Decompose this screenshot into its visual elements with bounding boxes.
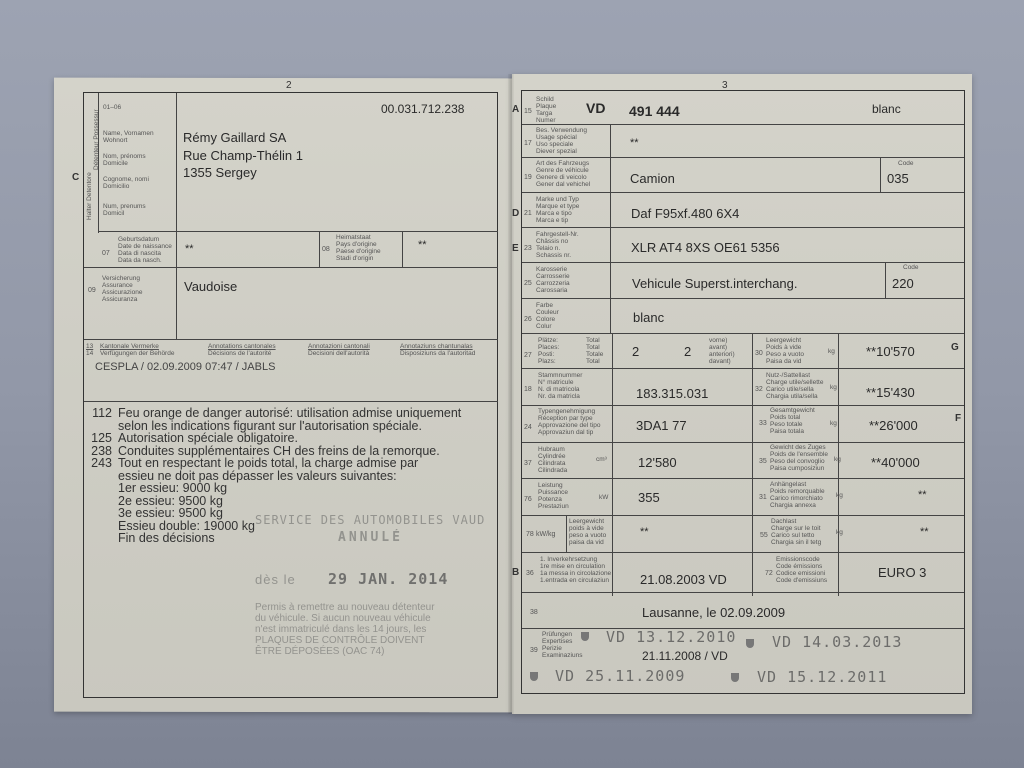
special-use-value: **: [630, 137, 639, 149]
make-model-label: Marke und Typ: [536, 196, 579, 203]
cancel-since-label: dès le: [255, 572, 296, 587]
annotation-header: Decisioni dell'autorità: [308, 350, 369, 357]
seats-total: 2: [632, 344, 639, 359]
seats-label: Posti:: [538, 351, 554, 358]
annotation-header: Décisions de l'autorité: [208, 350, 271, 357]
displacement-value: 12'580: [638, 455, 677, 470]
color-label: Colur: [536, 323, 552, 330]
body-label: Carrosserie: [536, 273, 570, 280]
holder-label: Domicilio: [103, 183, 129, 190]
origin-code: 08: [322, 246, 330, 253]
seats-total-label: Total: [586, 358, 600, 365]
holder-label: Nom, prénoms: [103, 153, 146, 160]
towable-unit: kg: [836, 492, 843, 499]
empty-weight-label: Leergewicht: [766, 337, 801, 344]
payload-label: Nutz-/Sattellast: [766, 372, 810, 379]
train-weight-label: Peso del convoglio: [770, 458, 825, 465]
vehicle-type-code-label: Code: [898, 160, 914, 167]
type-approval-label: Réception par type: [538, 415, 593, 422]
power-label: Leistung: [538, 482, 563, 489]
cancel-note: Permis à remettre au nouveau détenteur d…: [255, 602, 435, 657]
make-model-label: Marca e tipo: [536, 210, 572, 217]
first-registration-label: 1re mise en circulation: [540, 563, 605, 570]
seats-front: 2: [684, 344, 691, 359]
total-weight-unit: kg: [830, 420, 837, 427]
payload-label: Carico utile/sella: [766, 386, 814, 393]
cancel-stamp-header: SERVICE DES AUTOMOBILES VAUD: [255, 513, 485, 527]
insurance-label: Assurance: [102, 282, 133, 289]
seats-front-label: vorne): [709, 337, 727, 344]
total-weight-label: Paisa totala: [770, 428, 804, 435]
origin-label: Heimatstaat: [336, 234, 371, 241]
birthdate-label: Date de naissance: [118, 243, 172, 250]
total-weight-label: Peso totale: [770, 421, 803, 428]
train-weight-value: **40'000: [871, 455, 920, 470]
empty-weight-label: Paisa da vid: [766, 358, 801, 365]
body-value: Vehicule Superst.interchang.: [632, 276, 798, 291]
payload-value: **15'430: [866, 385, 915, 400]
plate-label: Numer: [536, 117, 556, 124]
matricule-code: 18: [524, 386, 532, 393]
body-code-value: 220: [892, 276, 914, 291]
power-ratio-value: **: [640, 526, 649, 538]
total-weight-label: Gesamtgewicht: [770, 407, 815, 414]
color-label: Couleur: [536, 309, 559, 316]
emission-code: 72: [765, 570, 773, 577]
holder-label: Name, Vornamen: [103, 130, 154, 137]
annotation-code: 14: [86, 350, 93, 357]
chassis-code: 23: [524, 245, 532, 252]
holder-name: Rémy Gaillard SA: [183, 130, 286, 145]
empty-weight-label: Poids à vide: [766, 344, 801, 351]
power-label: Puissance: [538, 489, 568, 496]
first-registration-code: 36: [526, 570, 534, 577]
first-registration-label: 1. Inverkehrsetzung: [540, 556, 597, 563]
seats-front-label: davant): [709, 358, 731, 365]
empty-weight-code: 30: [755, 350, 763, 357]
emission-label: Codice emissioni: [776, 570, 825, 577]
total-weight-label: Poids total: [770, 414, 800, 421]
train-weight-label: Gewicht des Zuges: [770, 444, 826, 451]
annotation-entry: CESPLA / 02.09.2009 07:47 / JABLS: [95, 361, 275, 373]
side-letter-f: F: [955, 413, 961, 424]
empty-weight-label: Peso a vuoto: [766, 351, 804, 358]
type-approval-label: Typengenehmigung: [538, 408, 595, 415]
displacement-label: Cilindrata: [538, 460, 565, 467]
color-label: Farbe: [536, 302, 553, 309]
type-approval-value: 3DA1 77: [636, 418, 687, 433]
body-code-label: Code: [903, 264, 919, 271]
vehicle-type-label: Genere di veicolo: [536, 174, 587, 181]
insurance-label: Assicuranza: [102, 296, 137, 303]
inspections-label: Expertises: [542, 638, 572, 645]
body-label: Carrozzeria: [536, 280, 570, 287]
holder-label: Domicil: [103, 210, 124, 217]
roof-load-label: Dachlast: [771, 518, 796, 525]
type-approval-code: 24: [524, 424, 532, 431]
power-ratio-code: 78: [526, 531, 534, 538]
plate-canton: VD: [586, 100, 605, 116]
holder-label: Cognome, nomi: [103, 176, 149, 183]
issue-code: 38: [530, 609, 538, 616]
make-model-label: Marca e tip: [536, 217, 568, 224]
special-use-label: Usage spécial: [536, 134, 577, 141]
special-use-label: Uso speciale: [536, 141, 573, 148]
train-weight-label: Paisa cumposiziun: [770, 465, 824, 472]
side-letter-d: D: [512, 208, 519, 219]
plate-label: Schild: [536, 96, 554, 103]
roof-load-label: Charge sur le toit: [771, 525, 821, 532]
insurance-value: Vaudoise: [184, 279, 237, 294]
payload-label: Chargia utila/sella: [766, 393, 818, 400]
insurance-label: Assicurazione: [102, 289, 142, 296]
chassis-value: XLR AT4 8XS OE61 5356: [631, 240, 780, 255]
decision-row: 125Autorisation spéciale obligatoire.: [88, 432, 461, 445]
plate-color: blanc: [872, 102, 901, 116]
annotation-header: Kantonale Vermerke: [100, 343, 159, 350]
side-letter-a: A: [512, 104, 519, 115]
power-ratio-label: peso a vuoto: [569, 532, 606, 539]
canton-shield-icon: [581, 632, 589, 641]
issue-place-date: Lausanne, le 02.09.2009: [642, 605, 785, 620]
roof-load-label: Chargia sin il tetg: [771, 539, 821, 546]
decision-row: 112Feu orange de danger autorisé: utilis…: [88, 407, 461, 420]
holder-vertical-label-2: Détenteur Possessur: [93, 109, 100, 170]
cancel-date: 29 JAN. 2014: [328, 570, 448, 588]
insurance-label: Versicherung: [102, 275, 140, 282]
inspections-label: Perizie: [542, 645, 562, 652]
empty-weight-unit: kg: [828, 348, 835, 355]
birthdate-value: **: [185, 243, 194, 255]
section-letter-c: C: [72, 172, 79, 183]
power-ratio-unit: kW/kg: [536, 531, 555, 538]
annotation-header: Annotaziuns chantunalas: [400, 343, 473, 350]
plate-number: 491 444: [629, 103, 680, 119]
power-ratio-label: paisa da vid: [569, 539, 604, 546]
holder-label: Num, prenums: [103, 203, 146, 210]
matricule-label: Nr. da matricla: [538, 393, 580, 400]
power-value: 355: [638, 490, 660, 505]
chassis-label: Fahrgestell-Nr.: [536, 231, 579, 238]
first-registration-label: 1.entrada en circulaziun: [540, 577, 609, 584]
roof-load-code: 55: [760, 532, 768, 539]
seats-front-label: anteriori): [709, 351, 735, 358]
make-model-value: Daf F95xf.480 6X4: [631, 206, 739, 221]
vehicle-type-code: 19: [524, 174, 532, 181]
inspections-code: 39: [530, 647, 538, 654]
canton-shield-icon: [746, 639, 754, 648]
first-registration-value: 21.08.2003 VD: [640, 572, 727, 587]
decision-row: 1er essieu: 9000 kg: [88, 482, 461, 495]
towable-label: Anhängelast: [770, 481, 806, 488]
payload-code: 32: [755, 386, 763, 393]
color-label: Colore: [536, 316, 555, 323]
chassis-label: Châssis no: [536, 238, 568, 245]
inspection-stamp: VD 13.12.2010: [606, 628, 736, 646]
holder-vertical-label-1: Halter Detentore: [86, 172, 93, 220]
vehicle-type-code-value: 035: [887, 171, 909, 186]
seats-total-label: Totale: [586, 351, 603, 358]
total-weight-code: 33: [759, 420, 767, 427]
vehicle-type-label: Gener dal vehichel: [536, 181, 590, 188]
origin-label: Stadi d'origin: [336, 255, 373, 262]
towable-label: Poids remorquable: [770, 488, 825, 495]
power-code: 76: [524, 496, 532, 503]
chassis-label: Schassis nr.: [536, 252, 571, 259]
total-weight-value: **26'000: [869, 418, 918, 433]
seats-label: Places:: [538, 344, 559, 351]
vehicle-type-label: Art des Fahrzeugs: [536, 160, 589, 167]
train-weight-code: 35: [759, 458, 767, 465]
matricule-label: Stammnummer: [538, 372, 582, 379]
birthdate-label: Geburtsdatum: [118, 236, 159, 243]
seats-total-label: Total: [586, 344, 600, 351]
body-label: Karosserie: [536, 266, 567, 273]
origin-value: **: [418, 239, 427, 251]
towable-value: **: [918, 489, 927, 501]
inspection-printed-date: 21.11.2008 / VD: [642, 649, 728, 663]
side-letter-b: B: [512, 567, 519, 578]
train-weight-unit: kg: [834, 456, 841, 463]
plate-label: Plaque: [536, 103, 556, 110]
holder-label: Domicile: [103, 160, 128, 167]
cancel-stamp-status: ANNULÉ: [338, 530, 403, 545]
special-use-label: Bes. Verwendung: [536, 127, 587, 134]
annotation-code: 13: [86, 343, 93, 350]
canton-shield-icon: [731, 673, 739, 682]
annotation-header: Disposiziuns da l'autoritad: [400, 350, 475, 357]
annotation-header: Annotazioni cantonali: [308, 343, 370, 350]
holder-code: 01–06: [103, 104, 121, 111]
insurance-code: 09: [88, 287, 96, 294]
make-model-code: 21: [524, 210, 532, 217]
plate-label: Targa: [536, 110, 552, 117]
inspection-stamp: VD 25.11.2009: [555, 667, 685, 685]
matricule-label: N. di matricola: [538, 386, 580, 393]
seats-label: Plätze:: [538, 337, 558, 344]
holder-label: Wohnort: [103, 137, 127, 144]
power-ratio-label: poids à vide: [569, 525, 604, 532]
vehicle-type-label: Genre de véhicule: [536, 167, 589, 174]
seats-code: 27: [524, 352, 532, 359]
annotation-header: Verfügungen der Behörde: [100, 350, 174, 357]
emission-value: EURO 3: [878, 565, 926, 580]
origin-label: Pays d'origine: [336, 241, 377, 248]
power-label: Prestaziun: [538, 503, 569, 510]
decision-row: 243Tout en respectant le poids total, la…: [88, 457, 461, 470]
displacement-code: 37: [524, 460, 532, 467]
roof-load-value: **: [920, 526, 929, 538]
first-registration-label: 1a messa in circolazione: [540, 570, 611, 577]
towable-code: 31: [759, 494, 767, 501]
page-number-left: 2: [286, 80, 292, 91]
color-code: 26: [524, 316, 532, 323]
inspections-label: Examinaziuns: [542, 652, 582, 659]
canton-shield-icon: [530, 672, 538, 681]
holder-street: Rue Champ-Thélin 1: [183, 148, 303, 163]
emission-label: Code émissions: [776, 563, 822, 570]
roof-load-unit: kg: [836, 529, 843, 536]
annotation-header: Annotations cantonales: [208, 343, 276, 350]
type-approval-label: Approvazione del tipo: [538, 422, 601, 429]
body-code: 25: [524, 280, 532, 287]
payload-unit: kg: [830, 384, 837, 391]
decision-row: Fin des décisions: [88, 532, 461, 545]
side-letter-e: E: [512, 243, 519, 254]
emission-label: Emissionscode: [776, 556, 820, 563]
birthdate-label: Data di nascita: [118, 250, 161, 257]
seats-total-label: Total: [586, 337, 600, 344]
inspection-stamp: VD 15.12.2011: [757, 668, 887, 686]
power-label: Potenza: [538, 496, 562, 503]
inspection-stamp: VD 14.03.2013: [772, 633, 902, 651]
seats-front-label: avant): [709, 344, 727, 351]
empty-weight-value: **10'570: [866, 344, 915, 359]
matricule-label: N° matricule: [538, 379, 573, 386]
page-fold: [508, 74, 514, 714]
towable-label: Chargia annexa: [770, 502, 816, 509]
make-model-label: Marque et type: [536, 203, 579, 210]
chassis-label: Telaio n.: [536, 245, 560, 252]
emission-label: Code d'emissiuns: [776, 577, 827, 584]
train-weight-label: Poids de l'ensemble: [770, 451, 828, 458]
color-value: blanc: [633, 310, 664, 325]
birthdate-label: Data da nasch.: [118, 257, 162, 264]
towable-label: Carico rimorchiato: [770, 495, 823, 502]
matricule-value: 183.315.031: [636, 386, 708, 401]
holder-id-number: 00.031.712.238: [381, 102, 464, 116]
birthdate-code: 07: [102, 250, 110, 257]
displacement-label: Cylindrée: [538, 453, 565, 460]
seats-label: Plazs:: [538, 358, 556, 365]
special-use-code: 17: [524, 140, 532, 147]
power-unit: kW: [599, 494, 608, 501]
power-ratio-label: Leergewicht: [569, 518, 604, 525]
displacement-label: Hubraum: [538, 446, 565, 453]
displacement-label: Cilindrada: [538, 467, 567, 474]
payload-label: Charge utile/sellette: [766, 379, 823, 386]
type-approval-label: Approvaziun dal tip: [538, 429, 593, 436]
special-use-label: Diever spezial: [536, 148, 577, 155]
inspections-label: Prüfungen: [542, 631, 572, 638]
roof-load-label: Carico sul tetto: [771, 532, 814, 539]
vehicle-type-value: Camion: [630, 171, 675, 186]
displacement-unit: cm³: [596, 456, 607, 463]
origin-label: Paese d'origine: [336, 248, 381, 255]
plate-code: 15: [524, 108, 532, 115]
side-letter-g: G: [951, 342, 959, 353]
body-label: Carossaria: [536, 287, 567, 294]
holder-city: 1355 Sergey: [183, 165, 257, 180]
